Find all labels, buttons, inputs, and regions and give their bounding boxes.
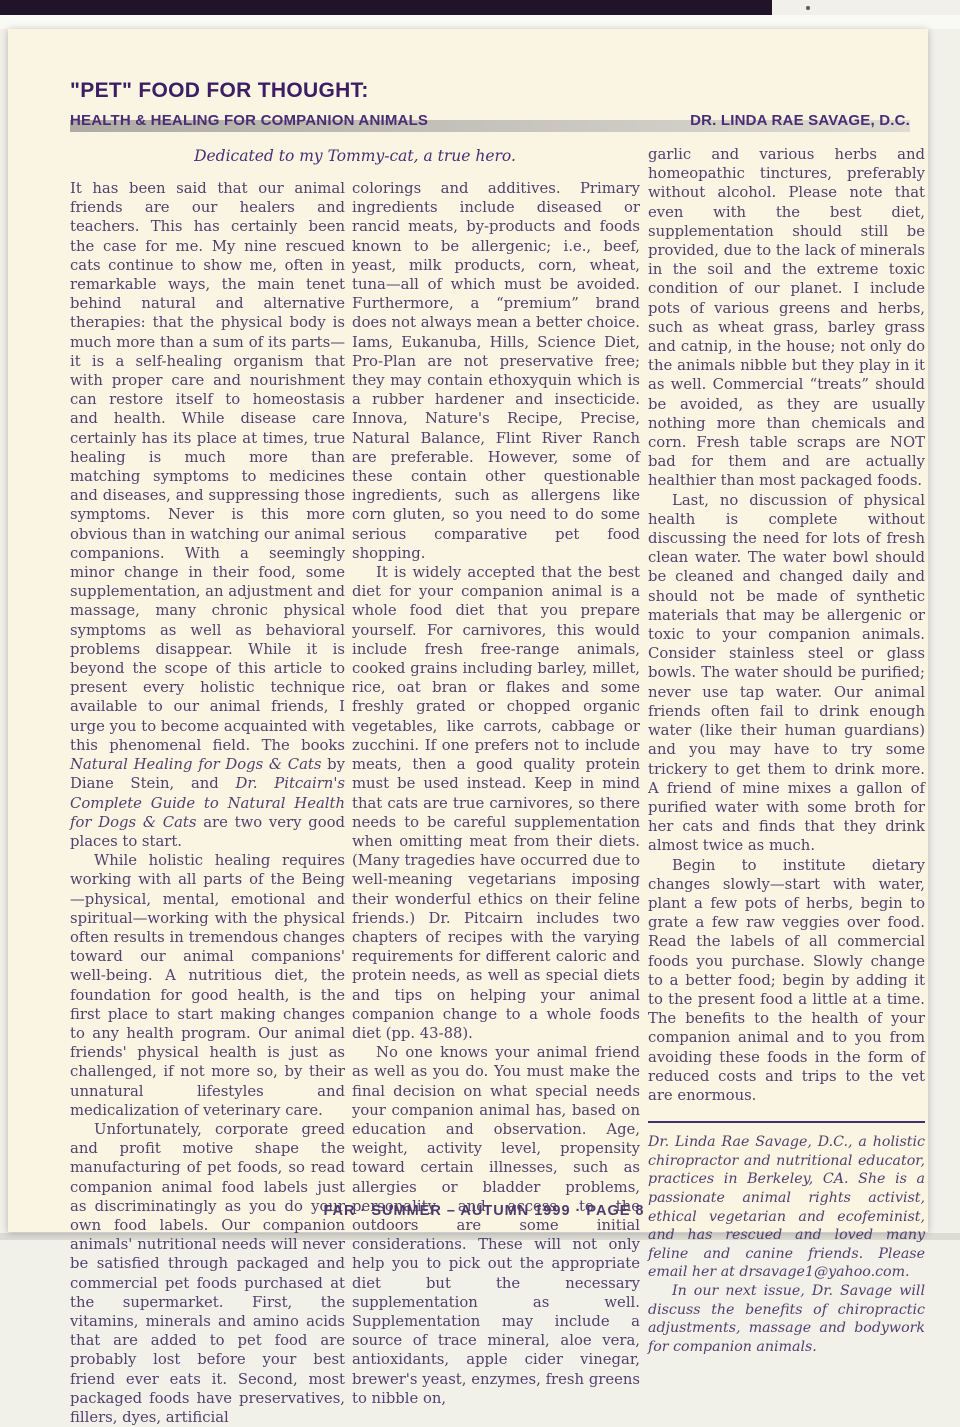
text-run: Unfortunately, corporate greed and profi… [70, 1121, 345, 1240]
text-run: Last, no discussion of physical health i… [648, 492, 925, 855]
text-run: Dr. Linda Rae Savage, D.C., a holistic c… [648, 1134, 925, 1240]
magazine-page: "PET" FOOD FOR THOUGHT: HEALTH & HEALING… [8, 29, 928, 1232]
text-run: It has been said that our animal friends… [70, 180, 345, 754]
scan-background-band [0, 15, 960, 29]
column-2: colorings and additives. Primary ingredi… [352, 179, 640, 1240]
column-3-text: garlic and various herbs and homeopathic… [648, 145, 925, 1105]
article-subtitle: HEALTH & HEALING FOR COMPANION ANIMALS [70, 109, 428, 133]
article-title: "PET" FOOD FOR THOUGHT: [70, 79, 924, 103]
page-footer: FAR · SUMMER – AUTUMN 1999 · PAGE 8 [70, 1203, 898, 1219]
text-run: colorings and additives. Primary ingredi… [352, 180, 640, 562]
paragraph: garlic and various herbs and homeopathic… [648, 145, 925, 491]
column-1: It has been said that our animal friends… [70, 179, 345, 1240]
text-run: It is widely accepted that the best diet… [352, 564, 640, 1042]
author-bio: Dr. Linda Rae Savage, D.C., a holistic c… [648, 1121, 925, 1240]
paragraph: Unfortunately, corporate greed and profi… [70, 1120, 345, 1240]
text-run: garlic and various herbs and homeopathic… [648, 146, 925, 489]
paragraph: While holistic healing requires working … [70, 851, 345, 1120]
paragraph: Dr. Linda Rae Savage, D.C., a holistic c… [648, 1133, 925, 1240]
author-byline: DR. LINDA RAE SAVAGE, D.C. [690, 109, 910, 133]
paragraph: colorings and additives. Primary ingredi… [352, 179, 640, 563]
column-3: garlic and various herbs and homeopathic… [648, 145, 925, 1240]
columns-1-2: It has been said that our animal friends… [70, 179, 640, 1240]
text-run: Begin to institute dietary changes slowl… [648, 857, 925, 1104]
text-run: While holistic healing requires working … [70, 852, 345, 1119]
scan-edge-top [0, 0, 772, 15]
header-row: HEALTH & HEALING FOR COMPANION ANIMALS D… [70, 109, 910, 133]
column-layout: Dedicated to my Tommy-cat, a true hero. … [70, 145, 924, 1240]
bio-text: Dr. Linda Rae Savage, D.C., a holistic c… [648, 1133, 925, 1240]
dedication: Dedicated to my Tommy-cat, a true hero. [70, 147, 640, 165]
scan-speck [806, 6, 810, 10]
left-column-block: Dedicated to my Tommy-cat, a true hero. … [70, 145, 640, 1240]
paragraph: Last, no discussion of physical health i… [648, 491, 925, 856]
book-title-italic: Natural Healing for Dogs & Cats [70, 756, 321, 773]
page-content: "PET" FOOD FOR THOUGHT: HEALTH & HEALING… [8, 29, 928, 1232]
paragraph: It is widely accepted that the best diet… [352, 563, 640, 1043]
paragraph: Begin to institute dietary changes slowl… [648, 856, 925, 1106]
paragraph: It has been said that our animal friends… [70, 179, 345, 851]
